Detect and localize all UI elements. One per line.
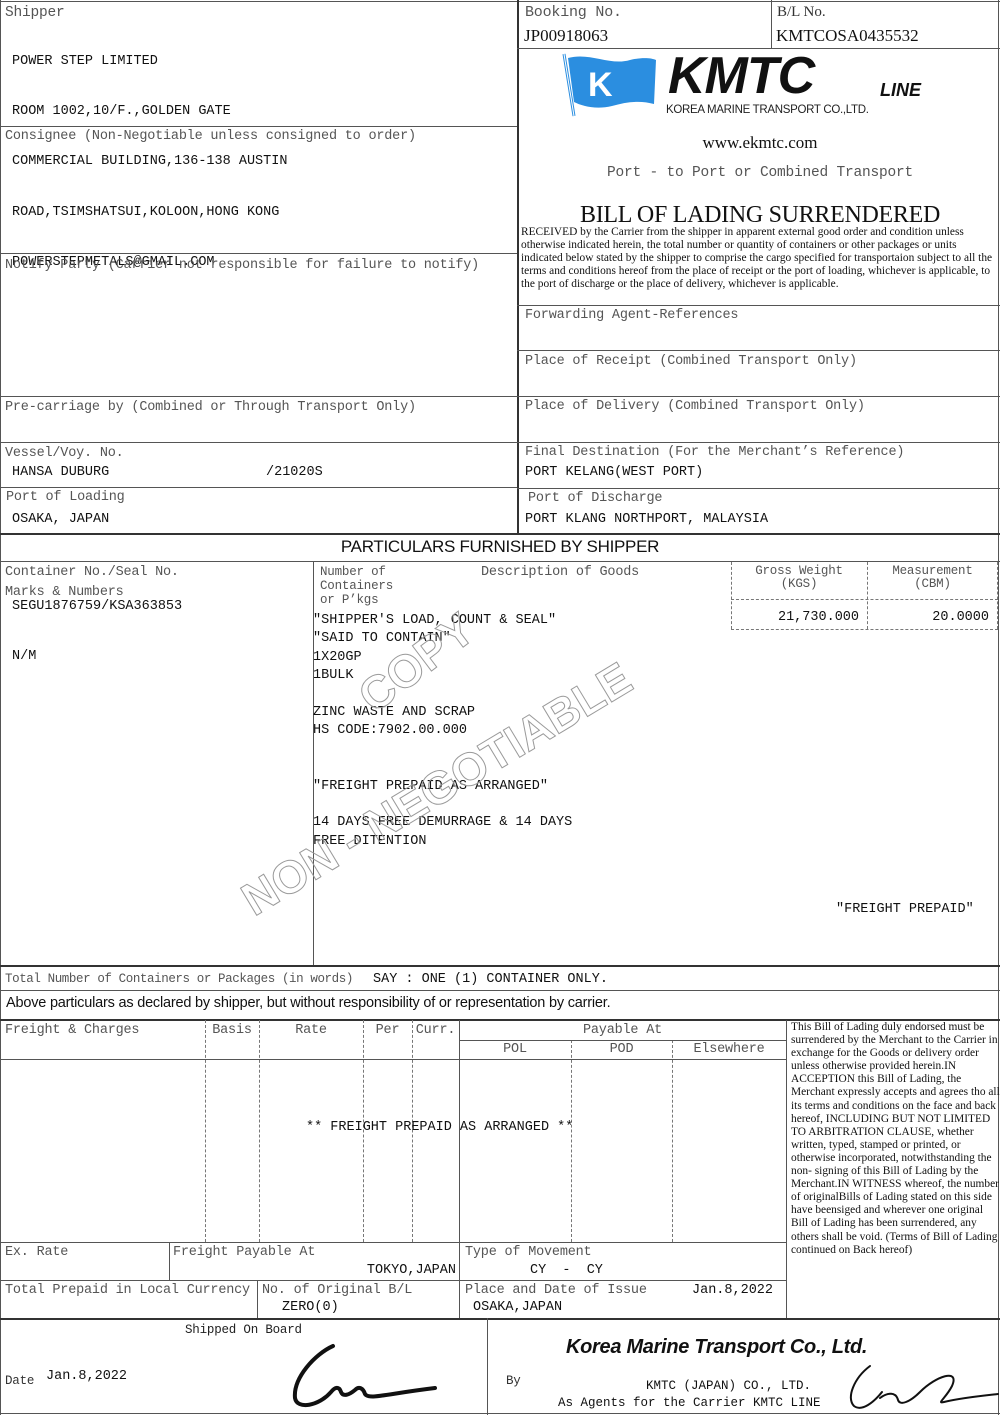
- divider-pod: [571, 1040, 572, 1242]
- num-containers-label: Number of Containers or P’kgs: [320, 565, 393, 607]
- agent-signature-icon: [840, 1362, 1000, 1412]
- port-of-discharge-value: PORT KLANG NORTHPORT, MALAYSIA: [525, 512, 768, 527]
- carrier-declaration: Above particulars as declared by shipper…: [6, 995, 610, 1011]
- freight-charges-header: Freight & Charges: [5, 1023, 139, 1038]
- measurement-value: 20.0000: [867, 610, 989, 625]
- shipped-date: Jan.8,2022: [46, 1369, 127, 1384]
- final-destination-label: Final Destination (For the Merchant’s Re…: [525, 445, 904, 460]
- shipped-signature-icon: [285, 1340, 445, 1412]
- divider-terms: [786, 1020, 787, 1318]
- divider-signature-top: [0, 1318, 1000, 1320]
- goods-description-line: ZINC WASTE AND SCRAP: [313, 704, 572, 722]
- by-label: By: [506, 1374, 521, 1388]
- total-packages-label: Total Number of Containers or Packages (…: [5, 972, 353, 986]
- goods-description-line: [313, 759, 572, 777]
- divider-final-bottom: [517, 488, 1000, 489]
- goods-description-line: 1X20GP: [313, 649, 572, 667]
- booking-label: Booking No.: [525, 4, 622, 21]
- divider-original-bl: [257, 1280, 258, 1318]
- measurement-unit: (CBM): [867, 578, 998, 591]
- as-agents-text: As Agents for the Carrier KMTC LINE: [558, 1396, 821, 1410]
- booking-number: JP00918063: [524, 26, 608, 46]
- divider-total-bottom: [0, 990, 1000, 991]
- divider-delivery-bottom: [517, 442, 1000, 443]
- divider-payable-sub: [459, 1040, 786, 1041]
- voyage-number: /21020S: [266, 465, 323, 480]
- consignee-label: Consignee (Non-Negotiable unless consign…: [5, 129, 416, 144]
- goods-description-line: "SAID TO CONTAIN": [313, 630, 572, 648]
- freight-payable-at-value: TOKYO,JAPAN: [169, 1263, 456, 1278]
- carrier-website: www.ekmtc.com: [520, 133, 1000, 153]
- measurement-label: Measurement (CBM): [867, 565, 998, 591]
- pol-header: POL: [459, 1042, 571, 1057]
- divider-vessel-bottom: [0, 487, 517, 488]
- ex-rate-label: Ex. Rate: [5, 1245, 68, 1260]
- shipper-line: POWER STEP LIMITED: [12, 54, 287, 71]
- date-label: Date: [5, 1374, 34, 1388]
- divider-exrate-top: [0, 1242, 786, 1243]
- gross-weight-unit: (KGS): [731, 578, 867, 591]
- document-title: BILL OF LADING SURRENDERED: [520, 202, 1000, 229]
- divider-weight-header: [731, 599, 998, 600]
- pod-header: POD: [571, 1042, 672, 1057]
- goods-description-line: [313, 686, 572, 704]
- divider-signature: [487, 1318, 488, 1415]
- goods-description-line: HS CODE:7902.00.000: [313, 722, 572, 740]
- divider-rate: [259, 1020, 260, 1242]
- bl-label: B/L No.: [777, 4, 826, 21]
- container-seal-value: SEGU1876759/KSA363853: [12, 599, 182, 614]
- shipped-on-board-label: Shipped On Board: [185, 1323, 302, 1337]
- vessel-name: HANSA DUBURG: [12, 465, 109, 480]
- marks-value: N/M: [12, 649, 36, 664]
- logo-kmtc-text: KMTC: [668, 50, 814, 102]
- notify-party-label: Notify Party (Carrier not responsible fo…: [5, 258, 479, 273]
- port-of-loading-label: Port of Loading: [6, 490, 125, 505]
- kmtc-flag-logo-icon: K: [560, 52, 660, 118]
- divider-prepaid-top: [0, 1280, 786, 1281]
- shipper-address: POWER STEP LIMITED ROOM 1002,10/F.,GOLDE…: [12, 20, 287, 289]
- shipper-label: Shipper: [5, 5, 65, 21]
- final-destination-value: PORT KELANG(WEST PORT): [525, 465, 703, 480]
- gross-weight-value: 21,730.000: [731, 610, 859, 625]
- shipper-line: COMMERCIAL BUILDING,136-138 AUSTIN: [12, 154, 287, 171]
- container-seal-label: Container No./Seal No.: [5, 565, 179, 580]
- issue-place: OSAKA,JAPAN: [473, 1300, 562, 1315]
- divider-weight-bottom: [731, 629, 998, 630]
- divider-forwarding-bottom: [517, 350, 1000, 351]
- logo-subtitle: KOREA MARINE TRANSPORT CO.,LTD.: [666, 104, 869, 116]
- goods-description-line: [313, 741, 572, 759]
- goods-description-line: [313, 796, 572, 814]
- forwarding-agent-label: Forwarding Agent-References: [525, 308, 738, 323]
- description-label: Description of Goods: [481, 565, 639, 580]
- port-of-discharge-label: Port of Discharge: [528, 491, 662, 506]
- divider-received-bottom: [517, 305, 1000, 306]
- divider-notify-bottom: [0, 396, 517, 397]
- shipper-line: ROAD,TSIMSHATSUI,KOLOON,HONG KONG: [12, 205, 287, 222]
- per-header: Per: [363, 1023, 412, 1038]
- border-bottom: [0, 1413, 1000, 1414]
- agent-name: KMTC (JAPAN) CO., LTD.: [646, 1379, 811, 1393]
- pre-carriage-label: Pre-carriage by (Combined or Through Tra…: [5, 400, 416, 415]
- payable-at-header: Payable At: [459, 1023, 786, 1038]
- border-left: [0, 0, 1, 1415]
- curr-header: Curr.: [412, 1023, 459, 1038]
- freight-prepaid-note: "FREIGHT PREPAID": [836, 902, 974, 917]
- rate-header: Rate: [259, 1023, 363, 1038]
- port-of-loading-value: OSAKA, JAPAN: [12, 512, 109, 527]
- original-bl-label: No. of Original B/L: [262, 1283, 412, 1298]
- logo-k-letter: K: [588, 66, 613, 104]
- elsewhere-header: Elsewhere: [672, 1042, 786, 1057]
- bl-number: KMTCOSA0435532: [776, 26, 919, 46]
- shipper-line: ROOM 1002,10/F.,GOLDEN GATE: [12, 104, 287, 121]
- carrier-company-name: Korea Marine Transport Co., Ltd.: [566, 1336, 867, 1359]
- goods-description-line: FREE DITENTION: [313, 833, 572, 851]
- freight-payable-at-label: Freight Payable At: [173, 1245, 315, 1260]
- goods-description-line: "SHIPPER'S LOAD, COUNT & SEAL": [313, 612, 572, 630]
- marks-numbers-label: Marks & Numbers: [5, 585, 124, 600]
- num-containers-label-line: or P’kgs: [320, 593, 393, 607]
- goods-description: "SHIPPER'S LOAD, COUNT & SEAL""SAID TO C…: [313, 612, 572, 851]
- original-bl-value: ZERO(0): [282, 1300, 339, 1315]
- divider-elsewhere: [672, 1040, 673, 1242]
- issue-date: Jan.8,2022: [692, 1283, 773, 1298]
- vessel-label: Vessel/Voy. No.: [5, 446, 124, 461]
- divider-particulars-header: [0, 561, 1000, 562]
- divider-total-top: [0, 965, 1000, 967]
- place-of-delivery-label: Place of Delivery (Combined Transport On…: [525, 399, 865, 414]
- divider-particulars-top: [0, 533, 1000, 535]
- freight-prepaid-arranged: ** FREIGHT PREPAID AS ARRANGED **: [306, 1120, 573, 1135]
- place-of-receipt-label: Place of Receipt (Combined Transport Onl…: [525, 354, 857, 369]
- num-containers-label-line: Number of: [320, 565, 393, 579]
- total-prepaid-label: Total Prepaid in Local Currency: [5, 1283, 250, 1298]
- goods-description-line: 1BULK: [313, 667, 572, 685]
- received-clause: RECEIVED by the Carrier from the shipper…: [521, 226, 1000, 291]
- transport-type: Port - to Port or Combined Transport: [520, 165, 1000, 181]
- type-of-movement-value: CY - CY: [530, 1263, 603, 1278]
- particulars-title: PARTICULARS FURNISHED BY SHIPPER: [0, 537, 1000, 557]
- divider-charges-header: [0, 1059, 786, 1060]
- num-containers-label-line: Containers: [320, 579, 393, 593]
- logo-line-text: LINE: [880, 80, 921, 101]
- terms-clause: This Bill of Lading duly endorsed must b…: [791, 1021, 1000, 1257]
- goods-description-line: "FREIGHT PREPAID AS ARRANGED": [313, 778, 572, 796]
- divider-receipt-bottom: [517, 396, 1000, 397]
- goods-description-line: 14 DAYS FREE DEMURRAGE & 14 DAYS: [313, 814, 572, 832]
- divider-precarriage-bottom: [0, 442, 517, 443]
- border-top: [0, 1, 1000, 2]
- basis-header: Basis: [205, 1023, 259, 1038]
- type-of-movement-label: Type of Movement: [465, 1245, 591, 1260]
- divider-booking-bl: [771, 0, 772, 48]
- divider-main-vertical: [517, 0, 519, 534]
- gross-weight-label: Gross Weight (KGS): [731, 565, 867, 591]
- total-packages-value: SAY : ONE (1) CONTAINER ONLY.: [373, 972, 608, 987]
- place-date-issue-label: Place and Date of Issue: [465, 1283, 647, 1298]
- divider-basis: [205, 1020, 206, 1242]
